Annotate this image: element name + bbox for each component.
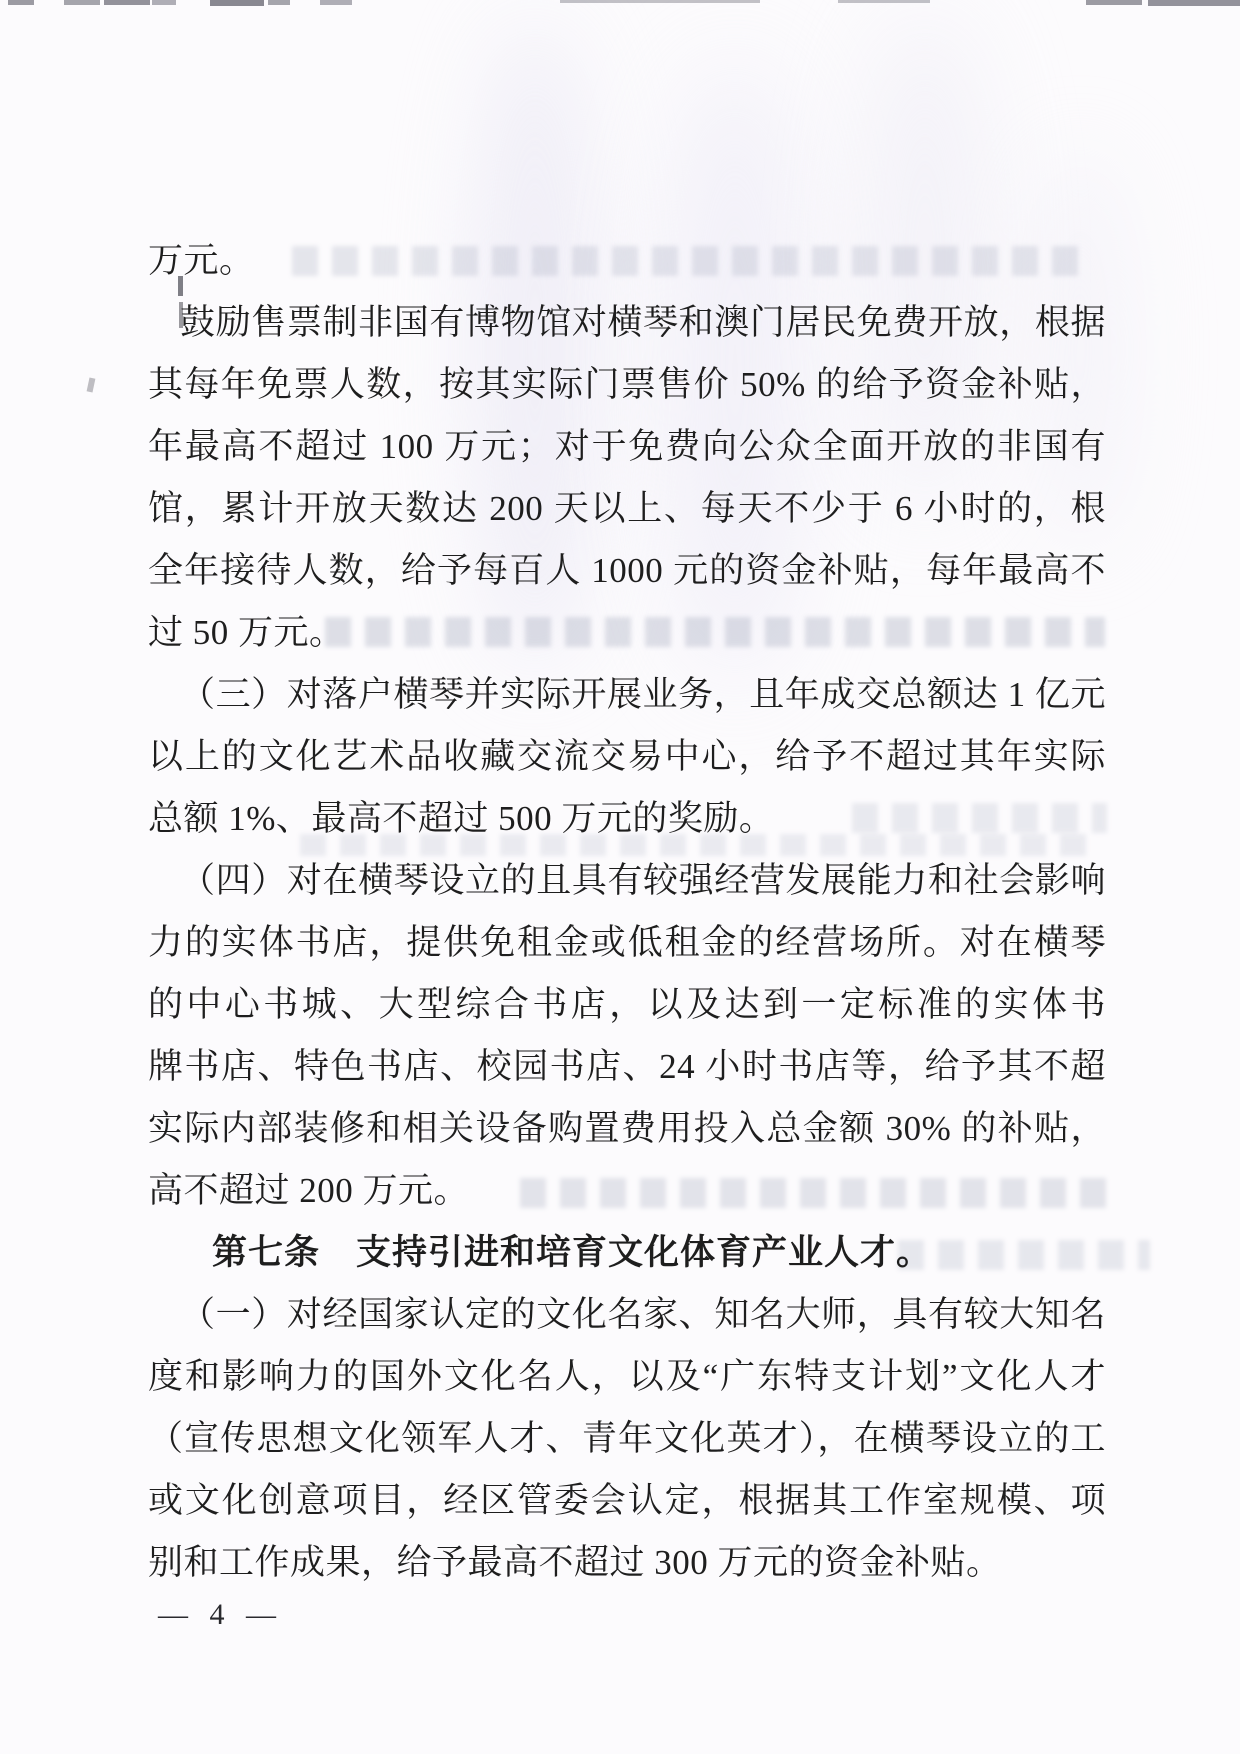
scan-artifact: [320, 0, 352, 5]
article-heading: 第七条 支持引进和培育文化体育产业人才。: [148, 1222, 1106, 1284]
text-line: 过 50 万元。: [148, 602, 1106, 664]
text-line: 的中心书城、大型综合书店，以及达到一定标准的实体书店、品: [148, 974, 1106, 1036]
scan-artifact: [560, 0, 760, 3]
text-line: （四）对在横琴设立的且具有较强经营发展能力和社会影响: [148, 850, 1106, 912]
text-line: 牌书店、特色书店、校园书店、24 小时书店等，给予其不超过: [148, 1036, 1106, 1098]
text-line: 总额 1%、最高不超过 500 万元的奖励。: [148, 788, 1106, 850]
text-line: 年最高不超过 100 万元；对于免费向公众全面开放的非国有博物: [148, 416, 1106, 478]
page-number: — 4 —: [158, 1598, 278, 1632]
scanned-document-page: { "doc": { "lines": [ "万元。", "鼓励售票制非国有博物…: [0, 0, 1240, 1754]
text-line: 万元。: [148, 230, 1106, 292]
scan-artifact: [210, 0, 264, 6]
scan-artifact: [1086, 0, 1142, 5]
text-line: （宣传思想文化领军人才、青年文化英才），在横琴设立的工作室: [148, 1408, 1106, 1470]
text-line: 其每年免票人数，按其实际门票售价 50% 的给予资金补贴，每: [148, 354, 1106, 416]
document-body: 万元。 鼓励售票制非国有博物馆对横琴和澳门居民免费开放，根据 其每年免票人数，按…: [148, 230, 1106, 1594]
text-line: 高不超过 200 万元。: [148, 1160, 1106, 1222]
text-line: 全年接待人数，给予每百人 1000 元的资金补贴，每年最高不超: [148, 540, 1106, 602]
scan-artifact: [104, 0, 150, 5]
text-line: 别和工作成果，给予最高不超过 300 万元的资金补贴。: [148, 1532, 1106, 1594]
scan-artifact: [64, 0, 100, 5]
scan-artifact: [152, 0, 176, 5]
text-line: 或文化创意项目，经区管委会认定，根据其工作室规模、项目级: [148, 1470, 1106, 1532]
text-line: （一）对经国家认定的文化名家、知名大师，具有较大知名: [148, 1284, 1106, 1346]
scan-artifact: [268, 0, 290, 5]
scan-artifact: [1148, 0, 1240, 6]
text-line: 度和影响力的国外文化名人，以及“广东特支计划”文化人才: [148, 1346, 1106, 1408]
text-line: 力的实体书店，提供免租金或低租金的经营场所。对在横琴新建: [148, 912, 1106, 974]
ink-speck: [87, 378, 96, 393]
text-line: 以上的文化艺术品收藏交流交易中心，给予不超过其年实际成交: [148, 726, 1106, 788]
scan-artifact: [8, 0, 34, 5]
text-line: 馆，累计开放天数达 200 天以上、每天不少于 6 小时的，根据其: [148, 478, 1106, 540]
text-line: 实际内部装修和相关设备购置费用投入总金额 30% 的补贴，最: [148, 1098, 1106, 1160]
text-line: （三）对落户横琴并实际开展业务，且年成交总额达 1 亿元: [148, 664, 1106, 726]
scan-artifact: [838, 0, 930, 3]
text-line: 鼓励售票制非国有博物馆对横琴和澳门居民免费开放，根据: [148, 292, 1106, 354]
